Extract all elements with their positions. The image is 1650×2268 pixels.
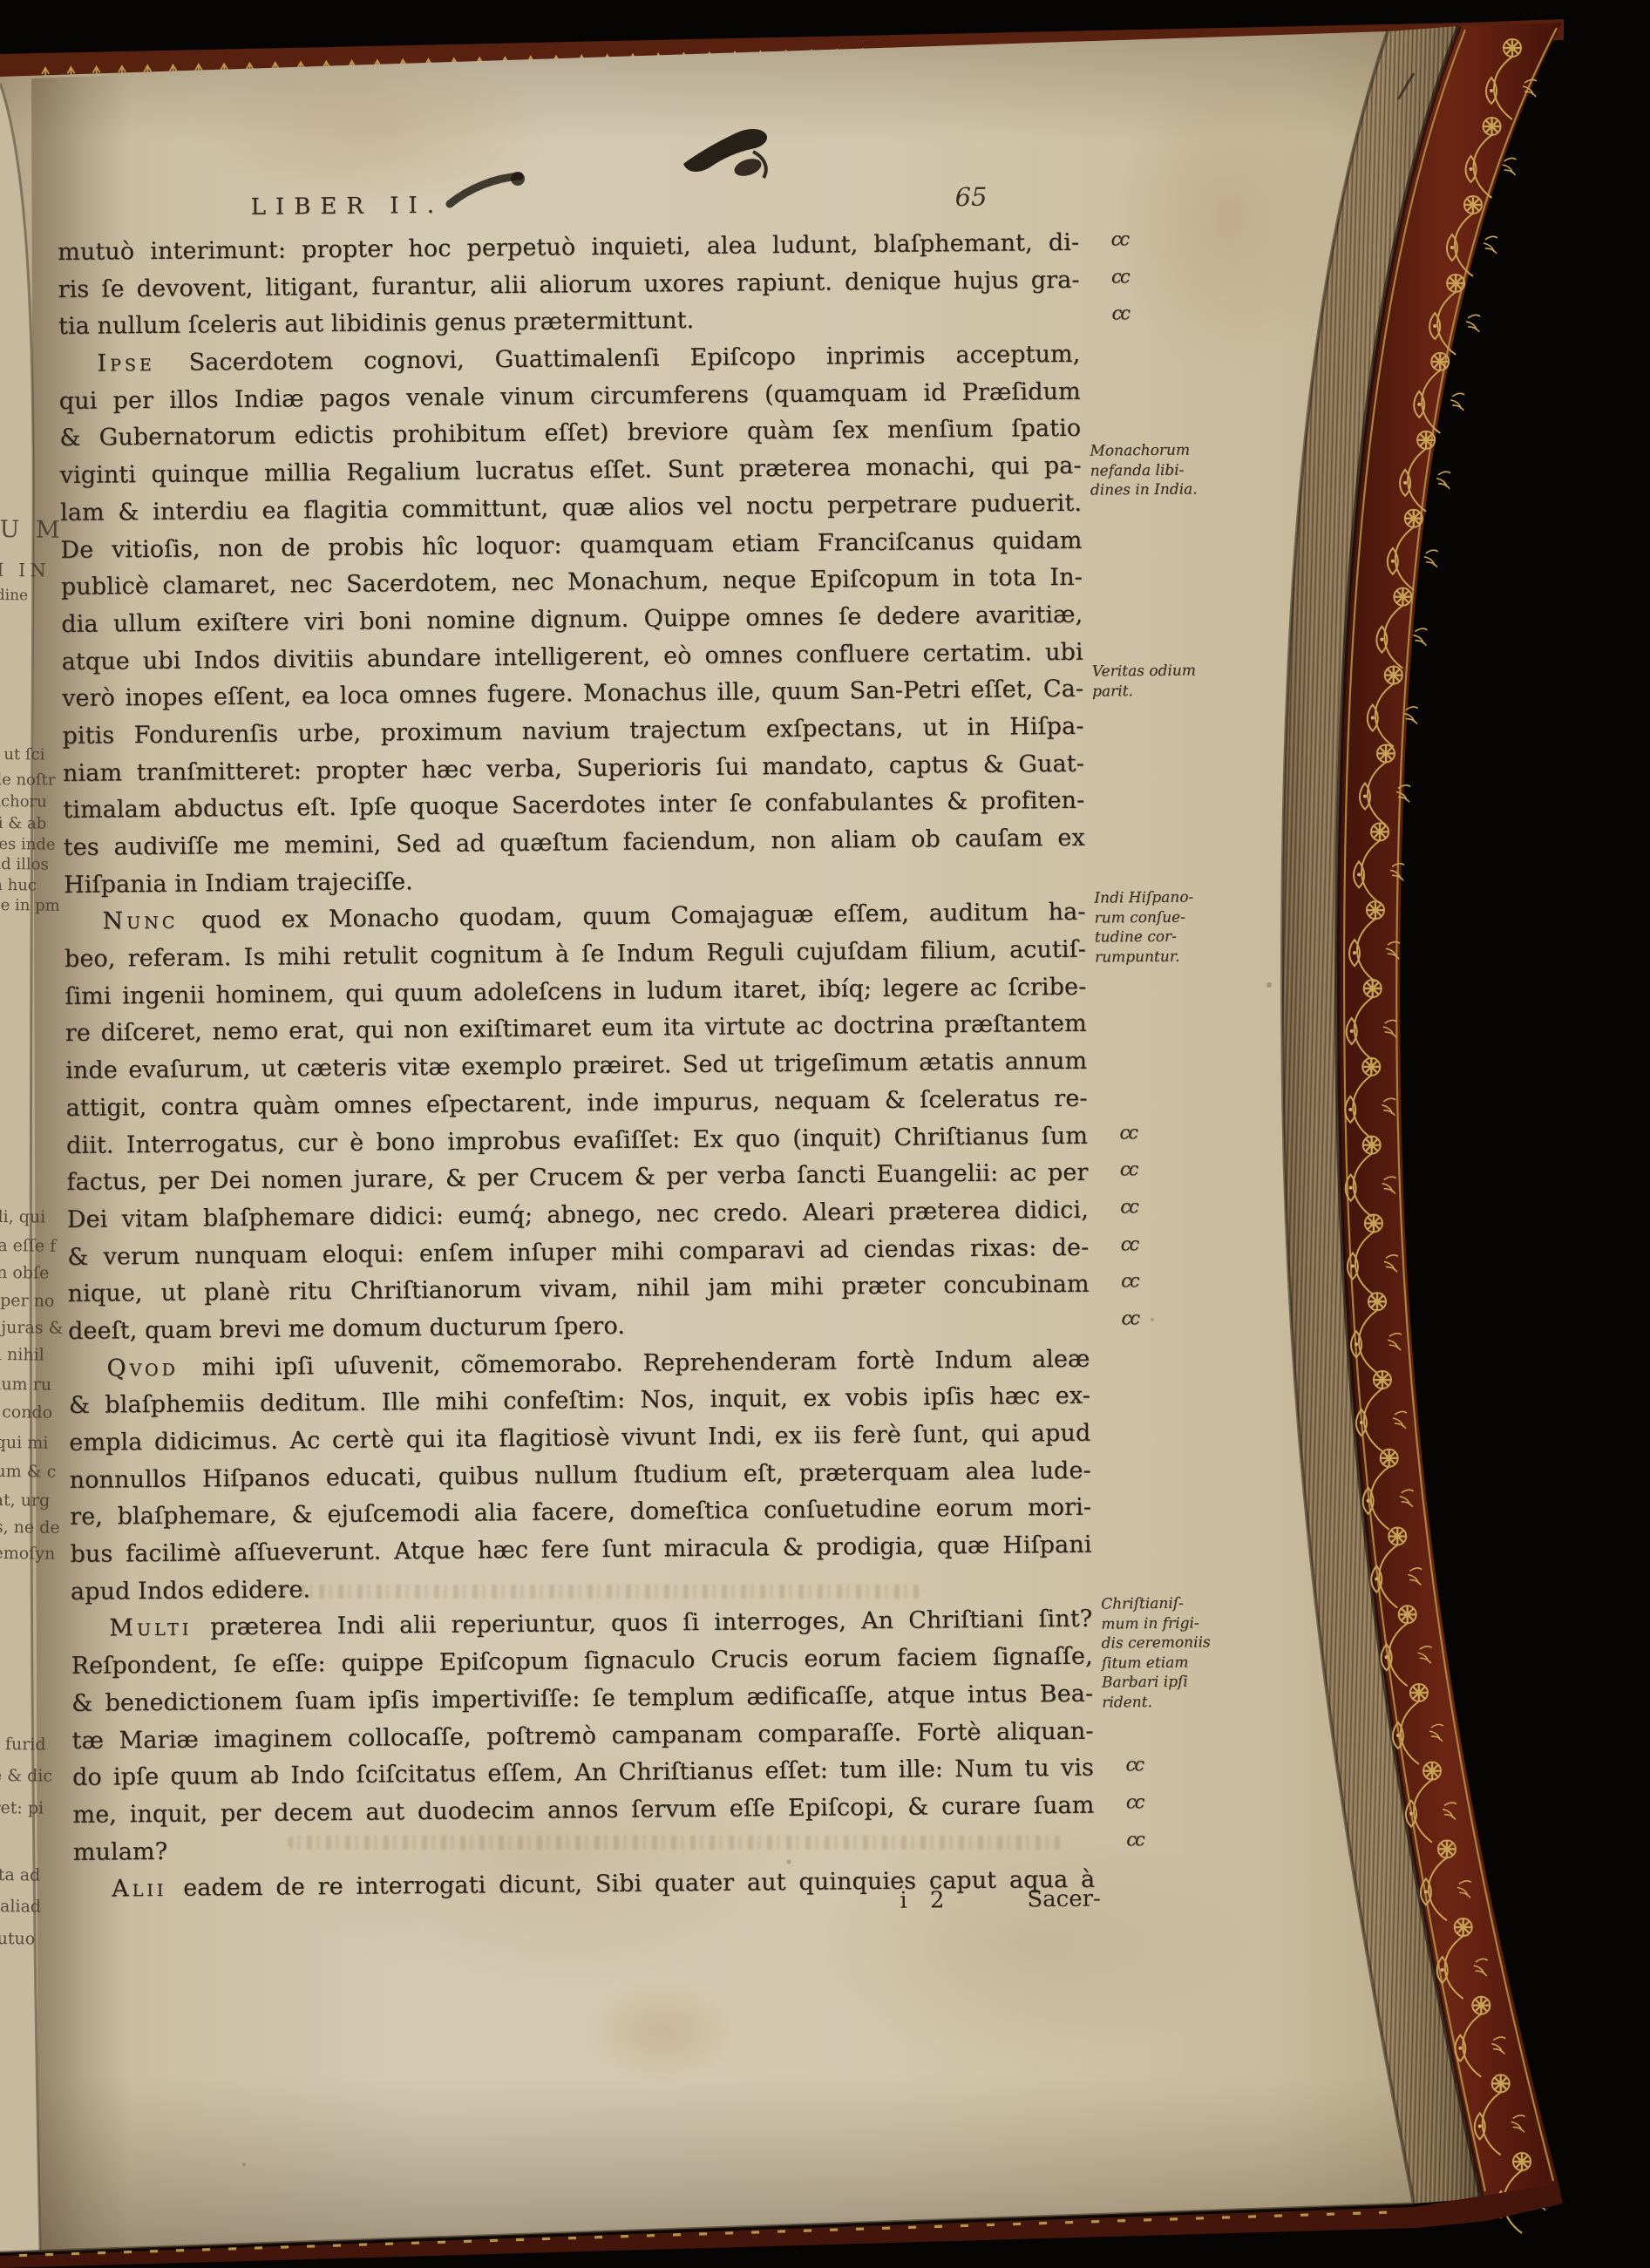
line-text: Dei vitam blaſphemare didici: eumq́; abn… [67,1197,1089,1233]
line-text: verò inopes eſſent, ea loca omnes fugere… [62,676,1083,712]
line-text: dia ullum exiſtere viri boni nomine dign… [61,601,1083,638]
facing-page-fragment: ne & dic [0,1766,52,1786]
margin-quote-mark: cc [1111,268,1129,285]
line-text: Sacerdotem cognovi, Guattimalenſi Epiſco… [159,341,1081,377]
paragraph-lead: Multi [71,1610,195,1648]
text-lines: mutuò interimunt: propter hoc perpetuò i… [58,225,1095,1909]
line-text: niam tranſmitteret: propter hæc verba, S… [63,750,1084,786]
facing-page-fragment: na eſſe f [0,1236,56,1256]
line-text: beo, referam. Is mihi retulit cognitum à… [65,936,1086,973]
facing-page-fragment: dum & c [0,1462,56,1482]
margin-quote-mark: cc [1121,1309,1138,1327]
line-text: eadem de re interrogati dicunt, Sibi qua… [170,1866,1095,1902]
facing-page-fragment: li & ab [0,814,46,833]
signature-mark: i 2 [900,1887,944,1913]
line-text: pitis Fondurenſis urbe, proximum navium … [62,713,1083,750]
line-text: lam & interdiu ea flagitia committunt, q… [60,490,1082,526]
facing-page-fragment: vat, urg [0,1490,50,1511]
line-text: & Gubernatorum edictis prohibitum eſſet)… [59,415,1081,452]
line-text: nonnullos Hiſpanos educati, quibus nullu… [70,1457,1091,1493]
facing-page-fragment: achoru [0,792,47,811]
line-text: viginti quinque millia Regalium lucratus… [60,452,1082,489]
facing-page-fragment: è juras & [0,1318,64,1338]
line-text: diit. Interrogatus, cur è bono improbus … [66,1122,1088,1158]
margin-quote-mark: cc [1126,1793,1144,1810]
margin-quote-mark: cc [1125,1755,1143,1773]
facing-page-fragment: ue in pm [0,896,60,915]
facing-page-fragment: on obſe [0,1263,49,1283]
line-text: nique, ut planè ritu Chriſtianorum vivam… [68,1271,1090,1307]
facing-page-fragment: illi, qui [0,1207,45,1227]
facing-page-fragment: U M [0,516,65,544]
line-text: tes audiviſſe me memini, Sed ad quæſtum … [64,825,1085,861]
line-text: tæ Mariæ imaginem collocaſſe, poſtremò c… [71,1717,1093,1754]
facing-page-fragment: ulta ad [0,1865,40,1885]
margin-quote-mark: cc [1120,1198,1137,1215]
facing-page-fragment: mum ru [0,1375,51,1395]
line-text: mutuò interimunt: propter hoc perpetuò i… [58,229,1079,266]
running-header: LIBER II. [251,193,445,221]
line-text: publicè clamaret, nec Sacerdotem, nec Mo… [61,564,1083,601]
facing-page-fragment: n huc [0,876,37,895]
line-text: inde evaſurum, ut cæteris vitæ exemplo p… [65,1048,1087,1084]
page-number: 65 [954,182,987,212]
line-text: timalam abductus eſt. Ipſe quoque Sacerd… [63,787,1084,824]
line-text: & benedictionem ſuam ipſis impertiviſſe:… [71,1680,1093,1716]
line-text: mulam? [73,1837,168,1865]
line-text: ſimi ingenii hominem, qui quum adoleſcen… [65,973,1086,1009]
margin-quote-mark: cc [1120,1160,1137,1178]
facing-page-fragment: I IN [0,560,51,581]
facing-page-fragment: eret: pi [0,1798,44,1818]
line-text: quod ex Monacho quodam, quum Comajaguæ e… [181,899,1085,934]
facing-page-fragment: de noſtr [0,771,56,790]
ink-smudge [443,167,530,220]
paragraph-lead: Ipse [58,345,159,384]
ink-smudge [678,122,783,195]
facing-page-fragment: & furid [0,1735,46,1755]
line-text: ris ſe devovent, litigant, furantur, ali… [58,266,1079,302]
margin-quote-mark: cc [1119,1124,1137,1141]
line-text: mihi ipſi uſuvenit, cõmemorabo. Reprehen… [182,1345,1090,1381]
catchword: Sacer- [1027,1886,1101,1913]
line-text: factus, per Dei nomen jurare, & per Cruc… [66,1159,1088,1196]
line-text: deeſt, quam brevi me domum ducturum ſper… [68,1313,625,1345]
facing-page-fragment: us, ne de [0,1518,60,1538]
facing-page-fragment: res inde [0,835,56,854]
facing-page-fragment: eemoſyn [0,1544,55,1564]
line-text: attigit, contra quàm omnes eſpectarent, … [65,1085,1087,1122]
book-page-photo: U MI INdine, ut ſcide noſtrachoruli & ab… [0,0,1650,2268]
margin-quote-mark: cc [1121,1272,1138,1289]
margin-quote-mark: cc [1121,1235,1138,1253]
line-text: & blaſphemiis deditum. Ille mihi confeſt… [69,1382,1090,1419]
line-text: re, blaſphemare, & ejuſcemodi alia facer… [70,1494,1091,1531]
line-text: empla didicimus. Ac certè qui ita flagit… [69,1420,1090,1457]
paragraph-lead: Alii [73,1871,171,1909]
margin-note: Chriſtianiſ-mum in frigi-dis ceremoniisſ… [1101,1593,1232,1712]
margin-note: Indi Hiſpano-rum conſue-tudine cor-rumpu… [1094,887,1226,967]
text-block: LIBER II. 65 mutuò interimunt: propter h… [58,225,1095,1909]
line-text: me, inquit, per decem aut duodecim annos… [72,1792,1094,1829]
facing-page-fragment: mutuo [0,1929,35,1949]
line-text: & verum nunquam eloqui: enſem inſuper mi… [67,1233,1089,1270]
line-text: præterea Indi alii reperiuntur, quos ſi … [195,1606,1092,1641]
facing-page-fragment: ni nihil [0,1345,44,1365]
facing-page-fragment: dine [0,587,28,604]
paper-stain [1114,61,1341,375]
facing-page-fragment: , ut ſci [0,745,45,764]
line-text: Hiſpania in Indiam trajeciſſe. [64,868,413,899]
line-text: apud Indos edidere. [71,1576,310,1606]
line-text: bus facilimè aſſueverunt. Atque hæc fere… [70,1531,1091,1568]
line-text: qui per illos Indiæ pagos venale vinum c… [59,377,1081,414]
facing-page-fragment: ud illos [0,855,49,874]
facing-page-fragment: & aliad [0,1897,41,1917]
line-text: atque ubi Indos divitiis abundare intell… [62,638,1083,675]
paragraph-lead: Qvod [68,1349,182,1388]
margin-quote-mark: cc [1111,305,1129,323]
paper-stain [584,1979,741,2083]
facing-page-fragment: , qui mi [0,1433,48,1453]
line-text: tia nullum ſceleris aut libidinis genus … [58,307,695,340]
facing-page-fragment: s per no [0,1291,54,1311]
margin-quote-mark: cc [1126,1830,1144,1848]
margin-quote-mark: cc [1110,230,1128,248]
paragraph-lead: Nunc [64,903,181,941]
line-text: re diſceret, nemo erat, qui non exiſtima… [65,1010,1087,1047]
margin-note: Veritas odiumparit. [1092,661,1223,701]
line-text: De vitioſis, non de probis hîc loquor: q… [60,526,1082,563]
facing-page-fragment: ſi condo [0,1402,52,1423]
margin-note: Monachorumnefanda libi-dines in India. [1090,440,1221,500]
line-text: do ipſe quum ab Indo ſciſcitatus eſſem, … [72,1755,1094,1791]
line-text: Reſpondent, ſe eſſe: quippe Epiſcopum ſi… [71,1643,1093,1680]
